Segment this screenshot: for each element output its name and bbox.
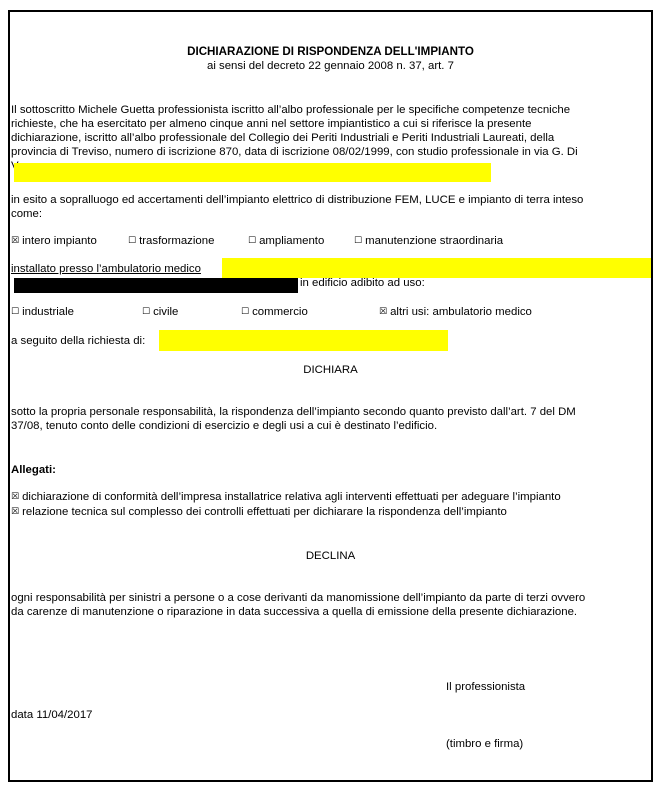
intro-line: richieste, che ha esercitato per almeno …	[11, 118, 651, 132]
declares-heading: DICHIARA	[10, 364, 651, 376]
attachment-item[interactable]: ☒relazione tecnica sul complesso dei con…	[11, 506, 507, 518]
inspection-line: in esito a sopralluogo ed accertamenti d…	[11, 194, 651, 208]
declines-line: ogni responsabilità per sinistri a perso…	[11, 592, 651, 606]
inspection-paragraph: in esito a sopralluogo ed accertamenti d…	[11, 194, 651, 222]
use-option-commercio[interactable]: ☐commercio	[241, 306, 308, 318]
checkbox-unchecked-icon: ☐	[128, 236, 136, 246]
intro-line: dichiarazione, iscritto all’albo profess…	[11, 132, 651, 146]
checkbox-checked-icon: ☒	[11, 492, 19, 502]
scope-option-ampliamento[interactable]: ☐ampliamento	[248, 235, 324, 247]
address-black-redaction	[14, 278, 298, 293]
checkbox-checked-icon: ☒	[11, 507, 19, 517]
checkbox-checked-icon: ☒	[379, 307, 387, 317]
document-date: data 11/04/2017	[11, 709, 93, 721]
document-subtitle: ai sensi del decreto 22 gennaio 2008 n. …	[10, 60, 651, 72]
attachments-heading: Allegati:	[11, 464, 56, 476]
document-title: DICHIARAZIONE DI RISPONDENZA DELL'IMPIAN…	[10, 45, 651, 58]
checkbox-unchecked-icon: ☐	[11, 307, 19, 317]
scope-option-manutenzione[interactable]: ☐manutenzione straordinaria	[354, 235, 503, 247]
checkbox-unchecked-icon: ☐	[354, 236, 362, 246]
declares-line: sotto la propria personale responsabilit…	[11, 406, 651, 420]
checkbox-unchecked-icon: ☐	[248, 236, 256, 246]
declines-heading: DECLINA	[10, 550, 651, 562]
scope-option-trasformazione[interactable]: ☐trasformazione	[128, 235, 214, 247]
checkbox-unchecked-icon: ☐	[142, 307, 150, 317]
intro-line: Il sottoscritto Michele Guetta professio…	[11, 104, 651, 118]
use-option-altri-usi[interactable]: ☒altri usi: ambulatorio medico	[379, 306, 532, 318]
scope-option-intero[interactable]: ☒intero impianto	[11, 235, 97, 247]
stamp-signature-label: (timbro e firma)	[446, 738, 523, 750]
requester-redaction	[159, 330, 448, 351]
request-label: a seguito della richiesta di:	[11, 335, 145, 347]
signature-role: Il professionista	[446, 681, 525, 693]
installed-at-label: installato presso l’ambulatorio medico	[11, 263, 201, 275]
location-redaction	[222, 258, 651, 278]
checkbox-checked-icon: ☒	[11, 236, 19, 246]
use-option-industriale[interactable]: ☐industriale	[11, 306, 74, 318]
declines-paragraph: ogni responsabilità per sinistri a perso…	[11, 592, 651, 620]
use-option-civile[interactable]: ☐civile	[142, 306, 178, 318]
declines-line: da carenze di manutenzione o riparazione…	[11, 606, 651, 620]
declares-line: 37/08, tenuto conto delle condizioni di …	[11, 420, 651, 434]
address-redaction	[14, 163, 491, 182]
intro-line: provincia di Treviso, numero di iscrizio…	[11, 146, 651, 160]
building-use-label: in edificio adibito ad uso:	[300, 277, 425, 289]
inspection-line: come:	[11, 208, 651, 222]
declares-paragraph: sotto la propria personale responsabilit…	[11, 406, 651, 434]
attachment-item[interactable]: ☒dichiarazione di conformità dell’impres…	[11, 491, 561, 503]
checkbox-unchecked-icon: ☐	[241, 307, 249, 317]
